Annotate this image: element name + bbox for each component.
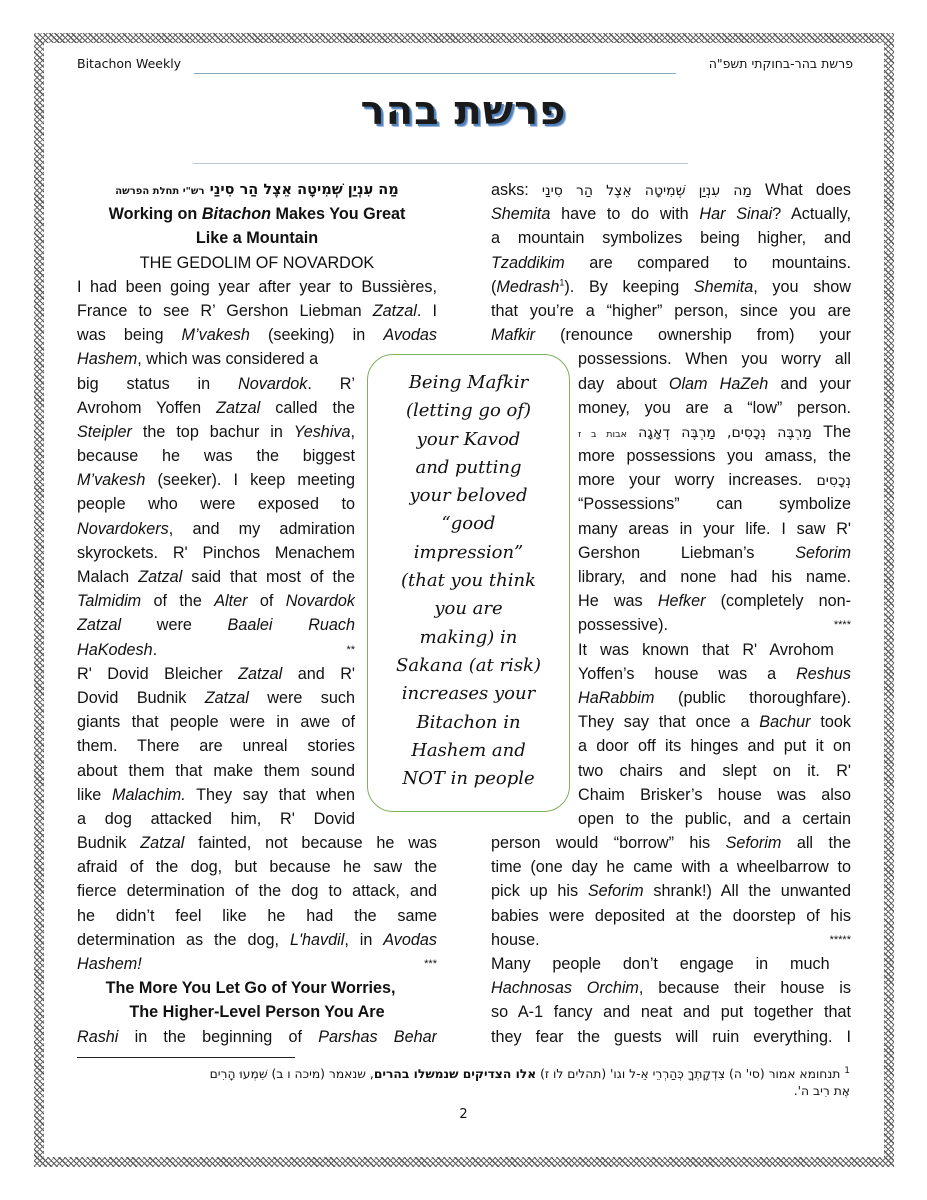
body-line: Hachnosas Orchim, because their house is	[491, 976, 851, 1000]
body-line: pick up his Seforim shrank!) All the unw…	[491, 879, 851, 903]
section-separator: ***	[424, 952, 437, 976]
callout-line: NOT in people	[368, 765, 569, 793]
article-heading-line2: Like a Mountain	[77, 226, 437, 250]
body-line: like Malachim. They say that when	[77, 783, 355, 807]
hebrew-heading-source: רש"י תחלת הפרשה	[115, 186, 204, 197]
body-line: HaKodesh.**	[77, 638, 355, 662]
pull-quote-callout: Being Mafkir (letting go of) your Kavod …	[367, 354, 570, 812]
body-line: afraid of the dog, but because he saw th…	[77, 855, 437, 879]
title-rule	[193, 163, 688, 164]
body-line: M’vakesh (seeker). I keep meeting	[77, 468, 355, 492]
body-line: Budnik Zatzal fainted, not because he wa…	[77, 831, 437, 855]
footnote-separator	[77, 1057, 295, 1058]
body-line: because he was the biggest	[77, 444, 355, 468]
hebrew-heading: מַה עִנְיַן שְׁמִיטָה אֵצֶל הַר סִינַי ר…	[77, 178, 437, 202]
heading-part: Working on	[109, 205, 202, 223]
body-line: they fear the guests will ruin everythin…	[491, 1025, 851, 1049]
section-separator: *****	[830, 928, 851, 952]
body-line: was being M’vakesh (seeking) in Avodas	[77, 323, 437, 347]
body-line: giants that people were in awe of	[77, 710, 355, 734]
section-heading-line2: The Higher-Level Person You Are	[77, 1000, 437, 1024]
section-heading-line1: The More You Let Go of Your Worries,	[77, 976, 437, 1000]
footnote-bold-text: אלו הצדיקים שנמשלו בהרים	[374, 1067, 536, 1081]
callout-line: increases your	[368, 680, 569, 708]
body-line: house.*****	[491, 928, 851, 952]
callout-line: impression”	[368, 539, 569, 567]
header-publication-name: Bitachon Weekly	[77, 56, 181, 71]
body-line: about them that make them sound	[77, 759, 355, 783]
body-line: France to see R’ Gershon Liebman Zatzal.…	[77, 299, 437, 323]
body-line: person would “borrow” his Seforim all th…	[491, 831, 851, 855]
callout-line: your Kavod	[368, 426, 569, 454]
header-parsha-date: פרשת בהר-בחוקתי תשפ"ה	[709, 56, 853, 71]
body-line: babies were deposited at the doorstep of…	[491, 904, 851, 928]
footnote: 1 תנחומא אמור (סי' ה) צִדְקָתְךָ כְּהַרְ…	[77, 1066, 850, 1100]
hebrew-heading-text: מַה עִנְיַן שְׁמִיטָה אֵצֶל הַר סִינַי	[210, 182, 399, 198]
body-line: he didn’t feel like he had the same	[77, 904, 437, 928]
section-separator: ****	[834, 613, 851, 637]
body-line: Mafkir (renounce ownership from) your	[491, 323, 851, 347]
body-line: determination as the dog, L'havdil, in A…	[77, 928, 437, 952]
footnote-marker: 1	[844, 1066, 850, 1076]
article-subheading: THE GEDOLIM OF NOVARDOK	[77, 251, 437, 275]
footnote-text-line2: אֶת רִיב ה'.	[794, 1084, 850, 1098]
page-title: פרשת בהר	[0, 88, 927, 134]
body-line: Tzaddikim are compared to mountains.	[491, 251, 851, 275]
body-line: asks: מַה עִנְיַן שְׁמִיטָה אֵצֶל הַר סִ…	[491, 178, 851, 202]
header-rule	[194, 73, 676, 74]
heading-part: Makes You Great	[271, 205, 405, 223]
page-number: 2	[0, 1107, 927, 1122]
body-line: Malach Zatzal said that most of the	[77, 565, 355, 589]
body-line: so A-1 fancy and neat and put together t…	[491, 1000, 851, 1024]
callout-line: Sakana (at risk)	[368, 652, 569, 680]
callout-line: you are	[368, 595, 569, 623]
body-line: Steipler the top bachur in Yeshiva,	[77, 420, 355, 444]
body-line: I had been going year after year to Buss…	[77, 275, 437, 299]
section-separator: **	[346, 638, 355, 662]
body-line: Talmidim of the Alter of Novardok	[77, 589, 355, 613]
body-line: Shemita have to do with Har Sinai? Actua…	[491, 202, 851, 226]
body-line: fierce determination of the dog to attac…	[77, 879, 437, 903]
body-line: Many people don’t engage in much	[491, 952, 830, 976]
running-header: Bitachon Weekly פרשת בהר-בחוקתי תשפ"ה	[77, 56, 853, 76]
body-line: that you’re a “higher” person, since you…	[491, 299, 851, 323]
footnote-text: תנחומא אמור (סי' ה) צִדְקָתְךָ כְּהַרְרֵ…	[536, 1067, 840, 1081]
body-line: big status in Novardok. R’	[77, 372, 355, 396]
article-heading-line1: Working on Bitachon Makes You Great	[77, 202, 437, 226]
body-line: Zatzal were Baalei Ruach	[77, 613, 355, 637]
body-line: people who were exposed to	[77, 492, 355, 516]
callout-line: Bitachon in	[368, 709, 569, 737]
body-line: R' Dovid Bleicher Zatzal and R'	[77, 662, 355, 686]
callout-line: making) in	[368, 624, 569, 652]
body-line: Novardokers, and my admiration	[77, 517, 355, 541]
callout-line: (letting go of)	[368, 397, 569, 425]
heading-italic-part: Bitachon	[202, 205, 271, 223]
body-line: (Medrash1). By keeping Shemita, you show	[491, 275, 851, 299]
body-line: Hashem!***	[77, 952, 437, 976]
footnote-text: , שנאמר (מיכה ו ב) שִׁמְעוּ הָרִים	[210, 1067, 374, 1081]
body-line: Dovid Budnik Zatzal were such	[77, 686, 355, 710]
body-line: time (one day he came with a wheelbarrow…	[491, 855, 851, 879]
callout-line: your beloved	[368, 482, 569, 510]
body-line: a dog attacked him, R' Dovid	[77, 807, 355, 831]
callout-line: Hashem and	[368, 737, 569, 765]
callout-line: Being Mafkir	[368, 369, 569, 397]
body-line: them. There are unreal stories	[77, 734, 355, 758]
body-line: skyrockets. R' Pinchos Menachem	[77, 541, 355, 565]
footnote-reference[interactable]: 1	[559, 277, 564, 287]
callout-line: (that you think	[368, 567, 569, 595]
body-line: Rashi in the beginning of Parshas Behar	[77, 1025, 437, 1049]
callout-line: “good	[368, 510, 569, 538]
body-line: Avrohom Yoffen Zatzal called the	[77, 396, 355, 420]
callout-line: and putting	[368, 454, 569, 482]
body-line: a mountain symbolizes being higher, and	[491, 226, 851, 250]
